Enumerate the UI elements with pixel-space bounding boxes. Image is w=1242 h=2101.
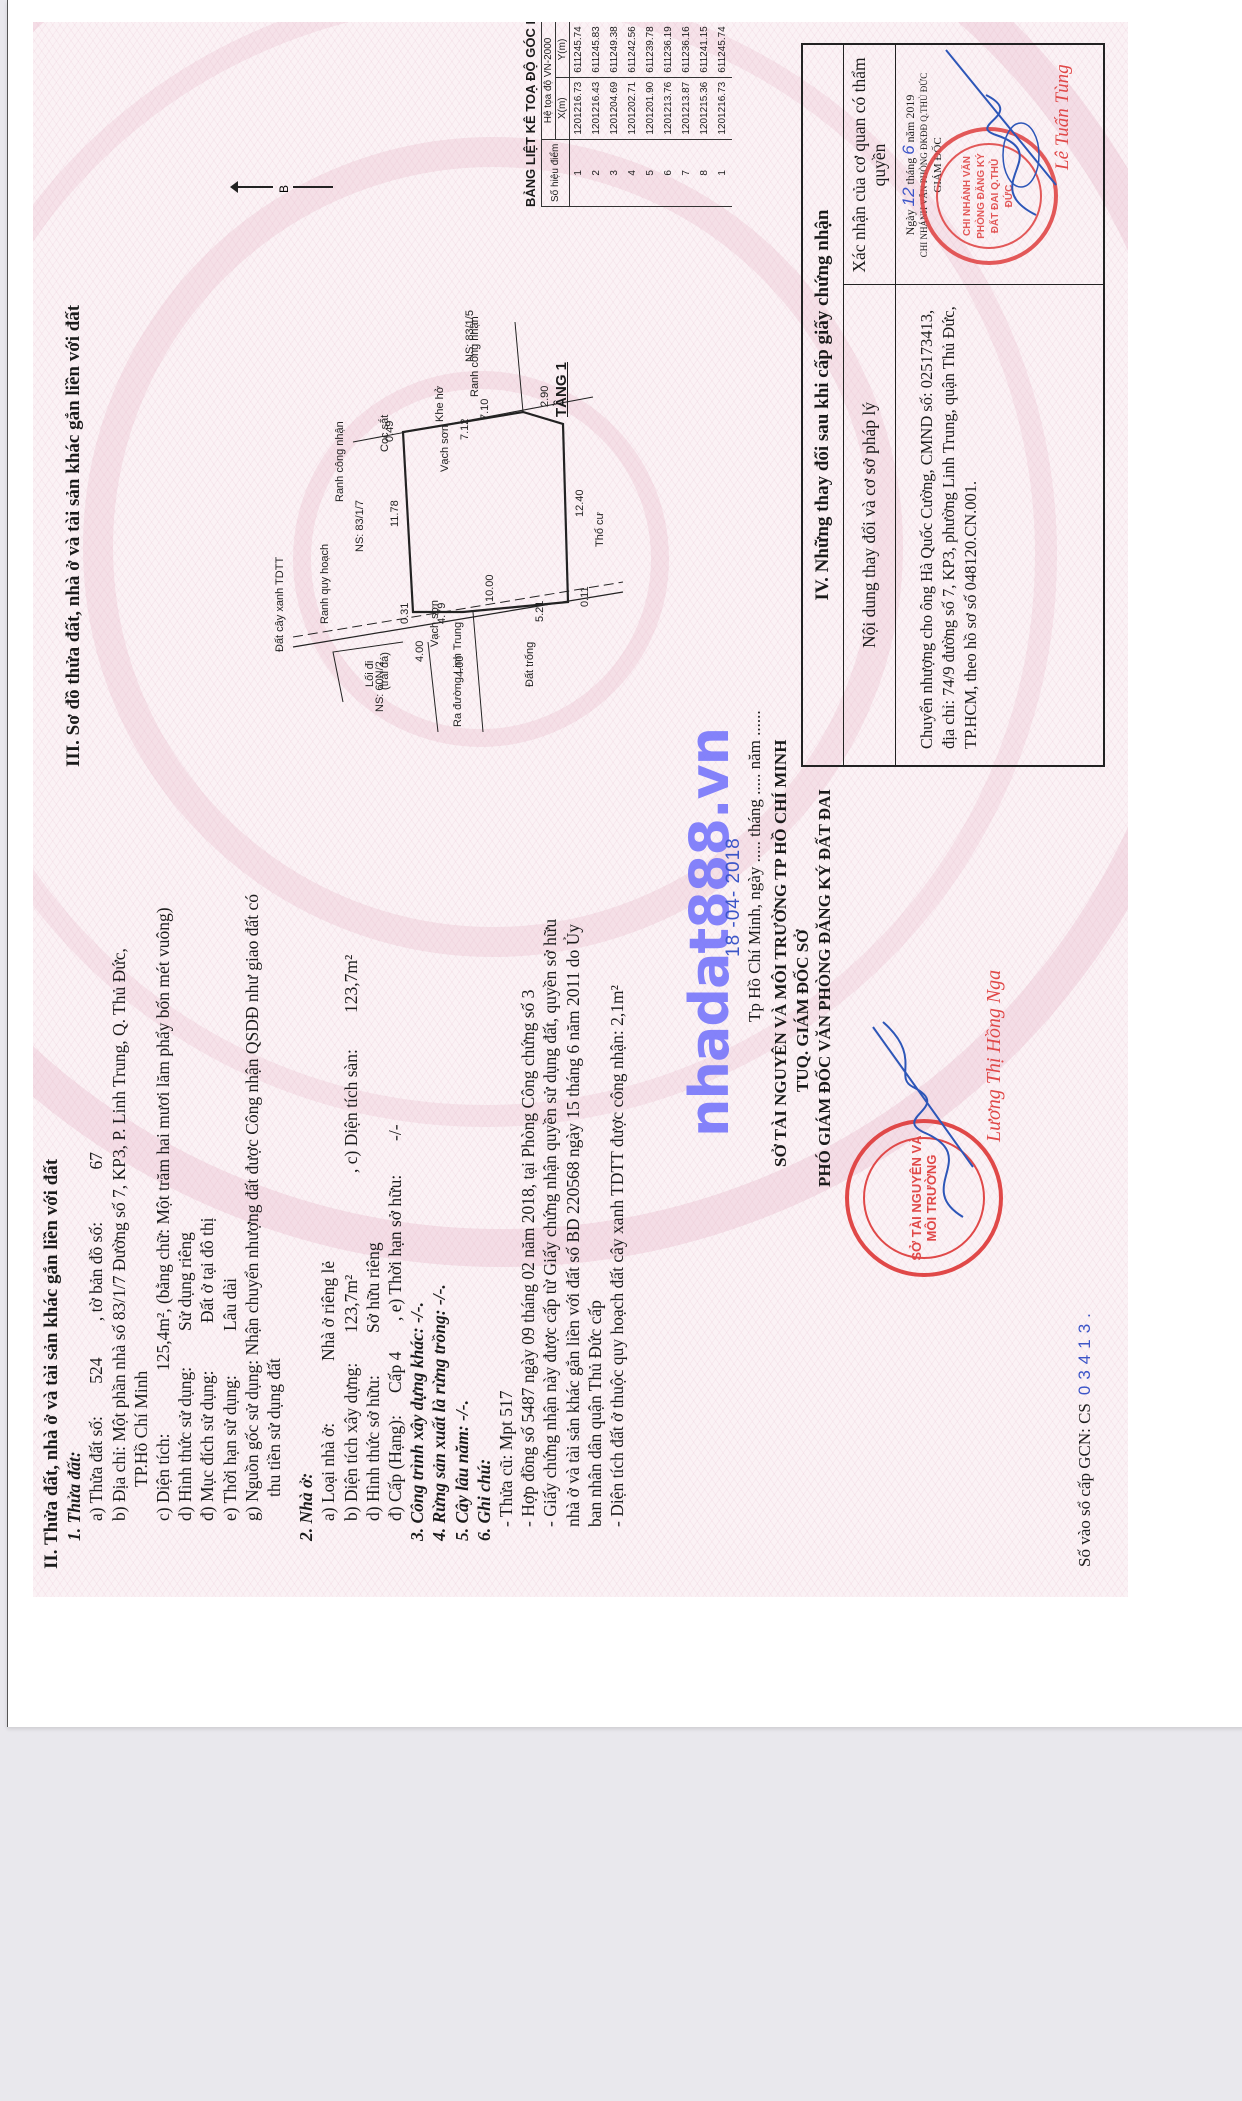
svg-text:5.21: 5.21	[534, 601, 546, 622]
svg-text:Ranh công nhận: Ranh công nhận	[334, 421, 346, 502]
registration-number: Số vào sổ cấp GCN: CS03413.	[1075, 1307, 1095, 1567]
signer-name: Lương Thị Hồng Nga	[983, 970, 1006, 1142]
svg-text:Vạch sơn: Vạch sơn	[439, 425, 451, 472]
authority-confirmation: Ngày 12 tháng 6 năm 2019 CHI NHÁNH VĂN P…	[896, 45, 1108, 285]
notes-list: - Thửa cũ: Mpt 517- Hợp đồng số 5487 ngà…	[495, 779, 628, 1569]
svg-text:11.78: 11.78	[389, 500, 401, 527]
land-plot-diagram: Đất cây xanh TDTT Ranh quy hoạch NS: 60N…	[233, 222, 633, 742]
coordinate-row: 21201216.43611245.8312.26	[588, 22, 606, 207]
svg-text:NS: 83/1/7: NS: 83/1/7	[354, 500, 366, 552]
svg-text:4.79: 4.79	[436, 603, 448, 624]
coordinate-row: 71201213.87611236.165.21	[678, 22, 696, 207]
coordinate-row: 31201204.69611249.387.10	[606, 22, 624, 207]
coordinate-row: 11201216.73611245.74	[714, 22, 732, 207]
coordinate-row: 11201216.73611245.740.31	[570, 22, 589, 207]
coordinate-row: 61201213.76611236.190.11	[660, 22, 678, 207]
address-row: b) Địa chỉ: Một phần nhà số 83/1/7 Đường…	[108, 779, 130, 1569]
svg-text:0.49: 0.49	[384, 421, 396, 442]
map-sheet-number: 67	[86, 1152, 106, 1170]
area-value: 125,4m², (bằng chữ: Một trăm hai mươi lă…	[153, 907, 173, 1371]
parcel-number: 524	[86, 1357, 106, 1383]
land-heading: 1. Thửa đất:	[63, 779, 85, 1569]
svg-text:12.40: 12.40	[574, 489, 586, 517]
coordinate-row: 41201202.71611242.562.90	[624, 22, 642, 207]
note-line: - Diện tích đất ở thuộc quy hoạch đất câ…	[606, 779, 628, 1569]
document-page: II. Thửa đất, nhà ở và tài sản khác gắn …	[7, 0, 1242, 1727]
svg-text:(trải đá): (trải đá)	[379, 652, 391, 690]
svg-text:7.10: 7.10	[479, 399, 491, 420]
svg-text:Đất trống: Đất trống	[524, 642, 536, 687]
coordinate-row: 81201215.36611241.154.79	[696, 22, 714, 207]
section-land-house-info: II. Thửa đất, nhà ở và tài sản khác gắn …	[41, 779, 628, 1569]
svg-text:2.90: 2.90	[539, 386, 551, 407]
svg-text:Khe hở: Khe hở	[434, 386, 446, 422]
issue-date-stamp: 18 -04- 2018	[723, 837, 745, 957]
signer-name: Lê Tuấn Tùng	[1056, 64, 1070, 170]
signature-scribble	[853, 1017, 1003, 1227]
svg-text:0.31: 0.31	[399, 603, 411, 624]
change-content: Chuyển nhượng cho ông Hà Quốc Cường, CMN…	[896, 285, 1002, 765]
note-line: - Hợp đồng số 5487 ngày 09 tháng 02 năm …	[517, 779, 539, 1569]
issuing-authority: SỞ TÀI NGUYÊN VÀ MÔI TRƯỜNG TP HỒ CHÍ MI…	[771, 740, 791, 1167]
svg-text:Đất cây xanh TDTT: Đất cây xanh TDTT	[274, 557, 286, 652]
coordinate-table: BẢNG LIỆT KÊ TOẠ ĐỘ GÓC RANH Số hiệu điể…	[523, 22, 732, 207]
section-4-title: IV. Những thay đổi sau khi cấp giấy chứn…	[803, 45, 844, 765]
note-line: - Giấy chứng nhận này được cấp từ Giấy c…	[539, 779, 561, 1569]
coordinate-row: 51201201.90611239.7812.40	[642, 22, 660, 207]
house-heading: 2. Nhà ở:	[295, 779, 317, 1569]
note-line: ban nhân dân quận Thủ Đức cấp	[584, 779, 606, 1569]
svg-text:Ranh quy hoạch: Ranh quy hoạch	[319, 544, 331, 624]
section-3-title: III. Sơ đồ thửa đất, nhà ở và tài sản kh…	[63, 305, 85, 767]
area-row: c) Diện tích:125,4m², (bằng chữ: Một tră…	[152, 779, 174, 1569]
issue-place-date: Tp Hồ Chí Minh, ngày ..... tháng ..... n…	[745, 710, 765, 1022]
parcel-row: a) Thửa đất số: 524 , tờ bản đồ số: 67	[85, 779, 107, 1569]
floor-label: TẦNG 1	[553, 362, 570, 417]
svg-text:4.00: 4.00	[454, 656, 466, 677]
north-arrow-icon: B	[228, 157, 338, 217]
svg-text:B: B	[277, 185, 291, 193]
svg-text:Lối đi: Lối đi	[364, 661, 376, 687]
note-line: nhà ở và tài sản khác gắn liền với đất s…	[562, 779, 584, 1569]
svg-text:7.12: 7.12	[459, 419, 471, 440]
section-2-title: II. Thửa đất, nhà ở và tài sản khác gắn …	[41, 779, 63, 1569]
svg-text:4.00: 4.00	[414, 641, 426, 662]
address-value: Một phần nhà số 83/1/7 Đường số 7, KP3, …	[109, 948, 129, 1442]
land-use-certificate: II. Thửa đất, nhà ở và tài sản khác gắn …	[33, 22, 1128, 1597]
svg-text:0.11: 0.11	[579, 586, 591, 607]
note-line: - Thửa cũ: Mpt 517	[495, 779, 517, 1569]
changes-table: IV. Những thay đổi sau khi cấp giấy chứn…	[801, 43, 1105, 767]
svg-text:10.00: 10.00	[484, 574, 496, 602]
svg-text:Thổ cư: Thổ cư	[594, 511, 606, 547]
svg-text:NS: 83/1/5: NS: 83/1/5	[464, 310, 476, 362]
